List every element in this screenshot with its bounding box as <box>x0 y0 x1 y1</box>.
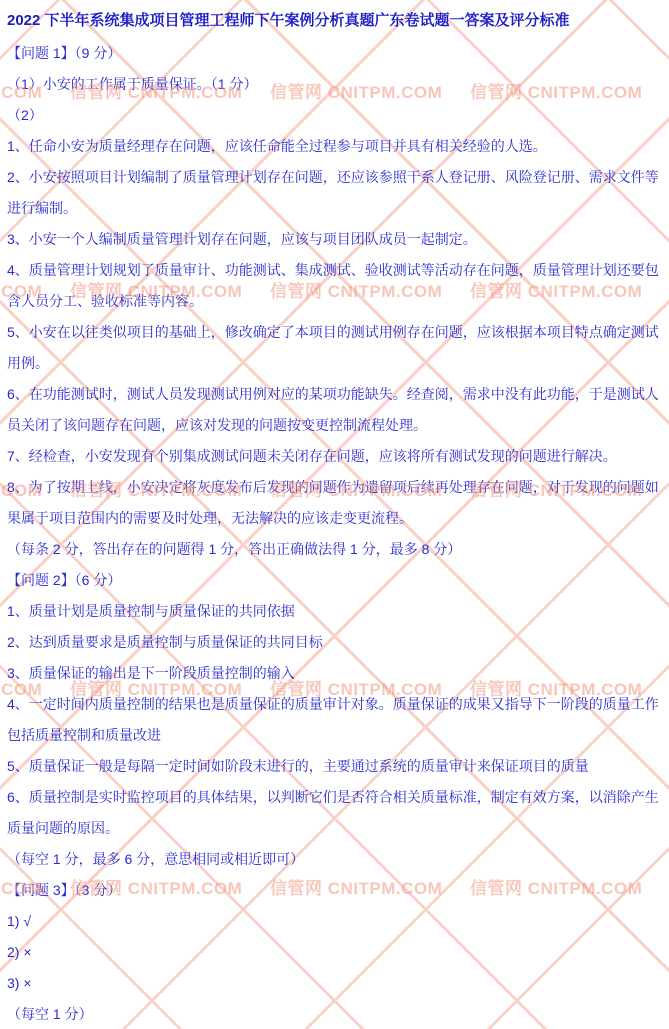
answer-item-5: 5、小安在以往类似项目的基础上，修改确定了本项目的测试用例存在问题，应该根据本项… <box>0 317 669 348</box>
exam-answer-document: 2022 下半年系统集成项目管理工程师下午案例分析真题广东卷试题一答案及评分标准… <box>0 0 669 1029</box>
answer-item-4-cont: 含人员分工、验收标准等内容。 <box>0 286 669 317</box>
answer-item-6: 6、在功能测试时，测试人员发现测试用例对应的某项功能缺失。经查阅，需求中没有此功… <box>0 379 669 410</box>
answer-item-5: 5、质量保证一般是每隔一定时间如阶段末进行的，主要通过系统的质量审计来保证项目的… <box>0 751 669 782</box>
answer-item-2-cont: 进行编制。 <box>0 193 669 224</box>
answer-item-7: 7、经检查，小安发现有个别集成测试问题未关闭存在问题，应该将所有测试发现的问题进… <box>0 441 669 472</box>
document-body: 【问题 1】（9 分）（1）小安的工作属于质量保证。（1 分）（2）1、任命小安… <box>0 38 669 1029</box>
question-2-heading: 【问题 2】（6 分） <box>0 565 669 596</box>
answer-item-4: 4、质量管理计划规划了质量审计、功能测试、集成测试、验收测试等活动存在问题，质量… <box>0 255 669 286</box>
answer-item-3: 3、小安一个人编制质量管理计划存在问题，应该与项目团队成员一起制定。 <box>0 224 669 255</box>
answer-item-1: 1、任命小安为质量经理存在问题，应该任命能全过程参与项目并具有相关经验的人选。 <box>0 131 669 162</box>
answer-check-3: 3) × <box>0 968 669 999</box>
answer-item-1: 1、质量计划是质量控制与质量保证的共同依据 <box>0 596 669 627</box>
answer-item-6-cont: 员关闭了该问题存在问题，应该对发现的问题按变更控制流程处理。 <box>0 410 669 441</box>
answer-item-3: 3、质量保证的输出是下一阶段质量控制的输入 <box>0 658 669 689</box>
scoring-note: （每空 1 分，最多 6 分，意思相同或相近即可） <box>0 844 669 875</box>
answer-line: （1）小安的工作属于质量保证。（1 分） <box>0 69 669 100</box>
scoring-note: （每空 1 分） <box>0 999 669 1029</box>
answer-item-8: 8、为了按期上线，小安决定将灰度发布后发现的问题作为遗留项后续再处理存在问题，对… <box>0 472 669 503</box>
answer-check-1: 1) √ <box>0 906 669 937</box>
answer-item-2: 2、达到质量要求是质量控制与质量保证的共同目标 <box>0 627 669 658</box>
answer-check-2: 2) × <box>0 937 669 968</box>
answer-item-4: 4、一定时间内质量控制的结果也是质量保证的质量审计对象。质量保证的成果又指导下一… <box>0 689 669 720</box>
answer-item-5-cont: 用例。 <box>0 348 669 379</box>
answer-item-4-cont: 包括质量控制和质量改进 <box>0 720 669 751</box>
question-3-heading: 【问题 3】（3 分） <box>0 875 669 906</box>
answer-item-6: 6、质量控制是实时监控项目的具体结果，以判断它们是否符合相关质量标准，制定有效方… <box>0 782 669 813</box>
question-1-heading: 【问题 1】（9 分） <box>0 38 669 69</box>
scoring-note: （每条 2 分，答出存在的问题得 1 分，答出正确做法得 1 分，最多 8 分） <box>0 534 669 565</box>
answer-line: （2） <box>0 100 669 131</box>
answer-item-6-cont: 质量问题的原因。 <box>0 813 669 844</box>
answer-item-8-cont: 果属于项目范围内的需要及时处理，无法解决的应该走变更流程。 <box>0 503 669 534</box>
answer-item-2: 2、小安按照项目计划编制了质量管理计划存在问题，还应该参照干系人登记册、风险登记… <box>0 162 669 193</box>
page-title: 2022 下半年系统集成项目管理工程师下午案例分析真题广东卷试题一答案及评分标准 <box>0 7 669 38</box>
